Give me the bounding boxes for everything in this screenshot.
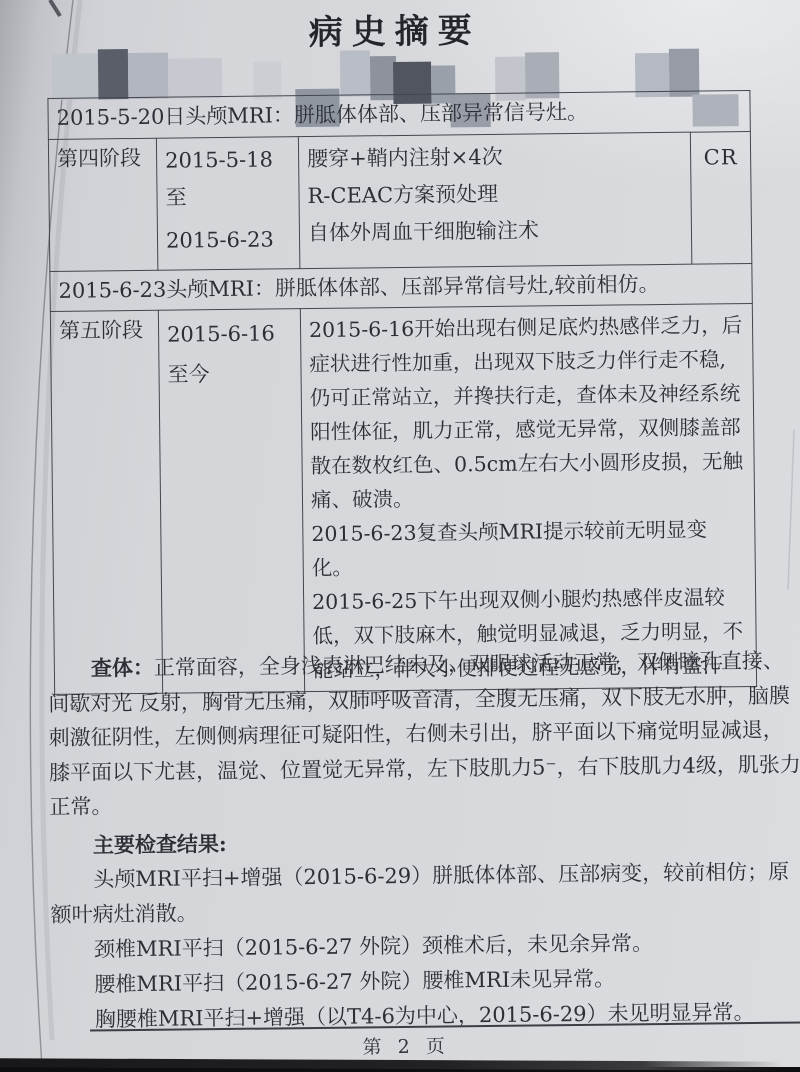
- body-text: 查体：正常面容，全身浅表淋巴结未及，双眼球活动正常，双侧瞳孔直接、间歇对光 反射…: [48, 643, 800, 1037]
- phase4-dates: 2015-5-18至 2015-6-23: [156, 136, 299, 270]
- document-page: 病史摘要 2015-5-20日头颅MRI：胼胝体体部、压部异常信号: [0, 0, 800, 1067]
- redaction-block: [168, 58, 222, 99]
- treatment-history-table: 2015-5-20日头颅MRI：胼胝体体部、压部异常信号灶。 第四阶段 2015…: [47, 90, 757, 695]
- redaction-block: [340, 50, 371, 96]
- redaction-block: [98, 49, 129, 99]
- physical-exam-label: 查体：: [91, 655, 154, 681]
- phase4-outcome: CR: [690, 131, 752, 264]
- physical-exam-paragraph: 查体：正常面容，全身浅表淋巴结未及，双眼球活动正常，双侧瞳孔直接、间歇对光 反射…: [48, 643, 800, 824]
- redaction-block: [128, 53, 169, 99]
- result-item: 头颅MRI平扫+增强（2015-6-29）胼胝体体部、压部病变，较前相仿；原额叶…: [50, 854, 800, 933]
- table-row: 第五阶段 2015-6-16 至今 2015-6-16开始出现右侧足底灼热感伴乏…: [50, 303, 756, 694]
- phase5-label: 第五阶段: [50, 310, 162, 694]
- phase4-label: 第四阶段: [48, 138, 157, 271]
- photo-background: 病史摘要 2015-5-20日头颅MRI：胼胝体体部、压部异常信号: [0, 0, 800, 1067]
- phase4-treatments: 腰穿+鞘内注射×4次 R-CEAC方案预处理 自体外周血干细胞输注术: [298, 132, 691, 268]
- phase5-dates: 2015-6-16 至今: [158, 309, 304, 694]
- physical-exam-text: 正常面容，全身浅表淋巴结未及，双眼球活动正常，双侧瞳孔直接、间歇对光 反射，胸骨…: [48, 649, 800, 819]
- table-row: 第四阶段 2015-5-18至 2015-6-23 腰穿+鞘内注射×4次 R-C…: [48, 131, 751, 271]
- redaction-block: [52, 53, 99, 100]
- phase5-course: 2015-6-16开始出现右侧足底灼热感伴乏力，后症状进行性加重，出现双下肢乏力…: [300, 303, 756, 691]
- redaction-block: [253, 61, 281, 99]
